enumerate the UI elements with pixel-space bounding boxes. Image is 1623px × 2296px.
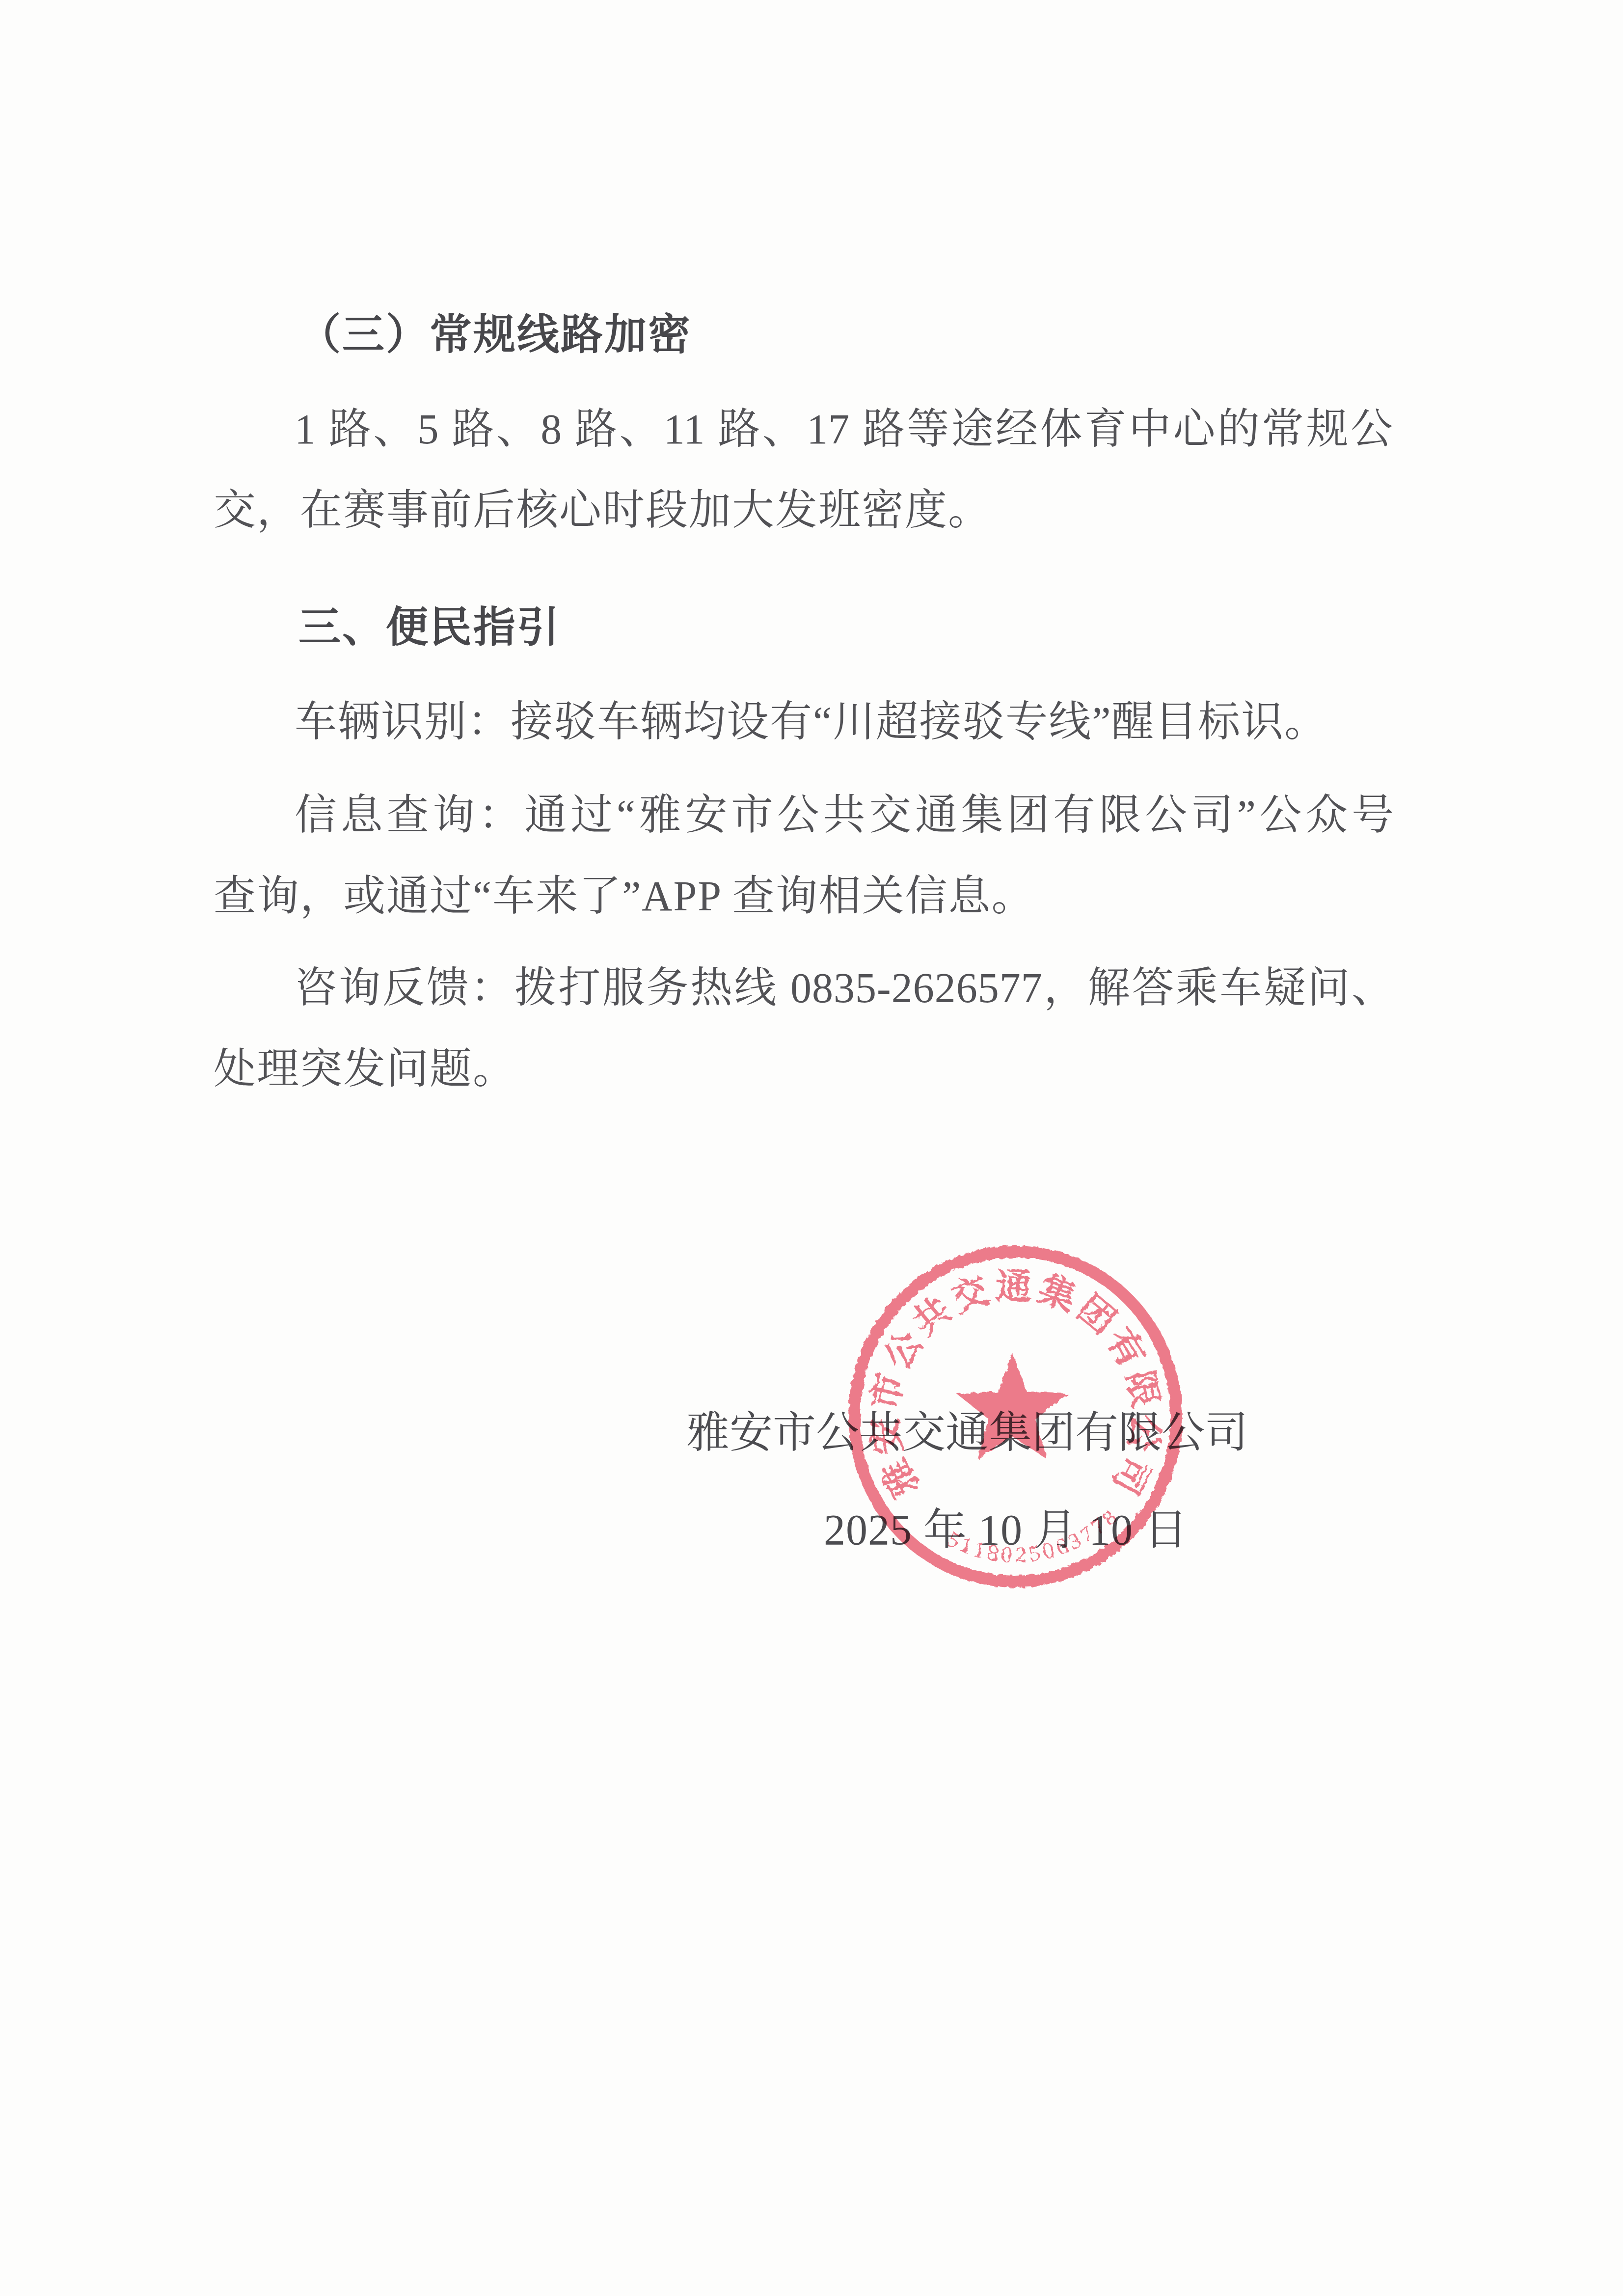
body-line: 查询，或通过“车来了”APP 查询相关信息。 — [214, 872, 1034, 921]
section-heading-3: （三）常规线路加密 — [298, 310, 692, 360]
company-seal-stamp: 雅安市公共交通集团有限公司 5118025063778 — [846, 1244, 1185, 1589]
body-line: 咨询反馈：拨打服务热线 0835-2626577，解答乘车疑问、 — [295, 963, 1394, 1013]
body-line: 车辆识别：接驳车辆均设有“川超接驳专线”醒目标识。 — [295, 697, 1327, 747]
section-heading-guide: 三、便民指引 — [298, 603, 561, 653]
body-line: 1 路、5 路、8 路、11 路、17 路等途经体育中心的常规公 — [295, 405, 1393, 454]
star-icon — [956, 1353, 1068, 1459]
body-line: 交，在赛事前后核心时段加大发班密度。 — [214, 486, 991, 535]
seal-serial-number: 5118025063778 — [940, 1500, 1129, 1578]
body-line: 处理突发问题。 — [214, 1044, 516, 1094]
document-page: （三）常规线路加密 1 路、5 路、8 路、11 路、17 路等途经体育中心的常… — [0, 0, 1623, 2296]
body-line: 信息查询：通过“雅安市公共交通集团有限公司”公众号 — [295, 791, 1394, 840]
